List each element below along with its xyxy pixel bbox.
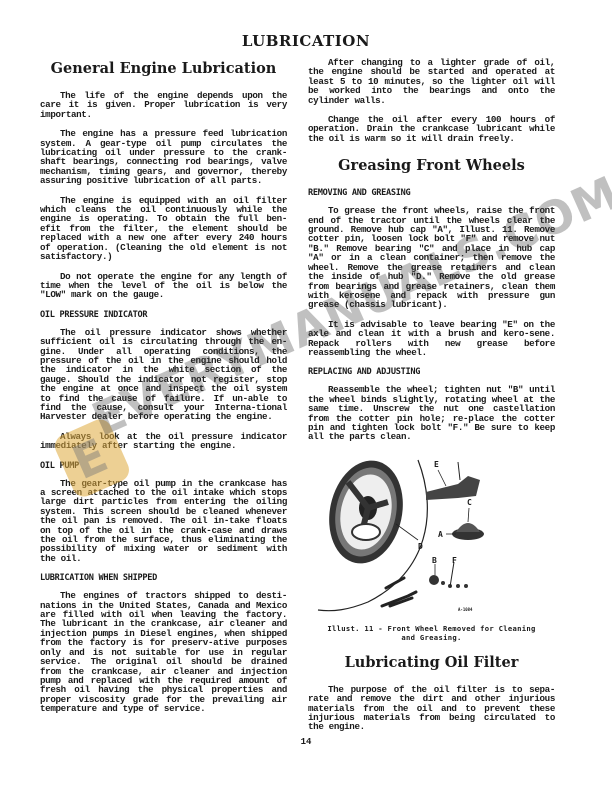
subheading-removing-and-greasing: REMOVING AND GREASING — [308, 188, 555, 198]
caption-line: Illust. 11 - Front Wheel Removed for Cle… — [308, 624, 555, 633]
subheading-oil-pressure-indicator: OIL PRESSURE INDICATOR — [40, 310, 287, 320]
caption-line: and Greasing. — [308, 633, 555, 642]
wheel-diagram-icon — [308, 452, 555, 622]
paragraph: The gear-type oil pump in the crankcase … — [40, 479, 287, 564]
subheading-oil-pump: OIL PUMP — [40, 461, 287, 471]
paragraph: It is advisable to leave bearing "E" on … — [308, 320, 555, 358]
page-header: LUBRICATION — [0, 32, 612, 50]
paragraph: Always look at the oil pressure indicato… — [40, 432, 287, 451]
paragraph: After changing to a lighter grade of oil… — [308, 58, 555, 105]
front-wheel-illustration: E C A D B F A-1084 — [308, 452, 555, 622]
page-number: 14 — [0, 737, 612, 747]
figure-caption: Illust. 11 - Front Wheel Removed for Cle… — [308, 624, 555, 642]
section-title-lubricating-oil-filter: Lubricating Oil Filter — [308, 654, 555, 671]
paragraph: Change the oil after every 100 hours of … — [308, 115, 555, 143]
left-column: General Engine Lubrication The life of t… — [40, 60, 287, 724]
paragraph: The engines of tractors shipped to desti… — [40, 591, 287, 713]
figure-label-d: D — [418, 542, 423, 551]
right-column: After changing to a lighter grade of oil… — [308, 58, 555, 742]
figure-label-f: F — [452, 556, 457, 565]
section-title-greasing-front-wheels: Greasing Front Wheels — [308, 157, 555, 174]
paragraph: The oil pressure indicator shows whether… — [40, 328, 287, 422]
paragraph: The engine has a pressure feed lubricati… — [40, 129, 287, 185]
figure-label-b: B — [432, 556, 437, 565]
figure-label-c: C — [467, 498, 472, 507]
subheading-lubrication-when-shipped: LUBRICATION WHEN SHIPPED — [40, 573, 287, 583]
paragraph: The engine is equipped with an oil filte… — [40, 196, 287, 262]
subheading-replacing-and-adjusting: REPLACING AND ADJUSTING — [308, 367, 555, 377]
paragraph: The life of the engine depends upon the … — [40, 91, 287, 119]
paragraph: Do not operate the engine for any length… — [40, 272, 287, 300]
paragraph: To grease the front wheels, raise the fr… — [308, 206, 555, 309]
figure-label-a: A — [438, 530, 443, 539]
section-title-general-engine-lubrication: General Engine Lubrication — [40, 60, 287, 77]
paragraph: Reassemble the wheel; tighten nut "B" un… — [308, 385, 555, 441]
figure-code: A-1084 — [458, 607, 472, 612]
paragraph: The purpose of the oil filter is to sepa… — [308, 685, 555, 732]
figure-label-e: E — [434, 460, 439, 469]
